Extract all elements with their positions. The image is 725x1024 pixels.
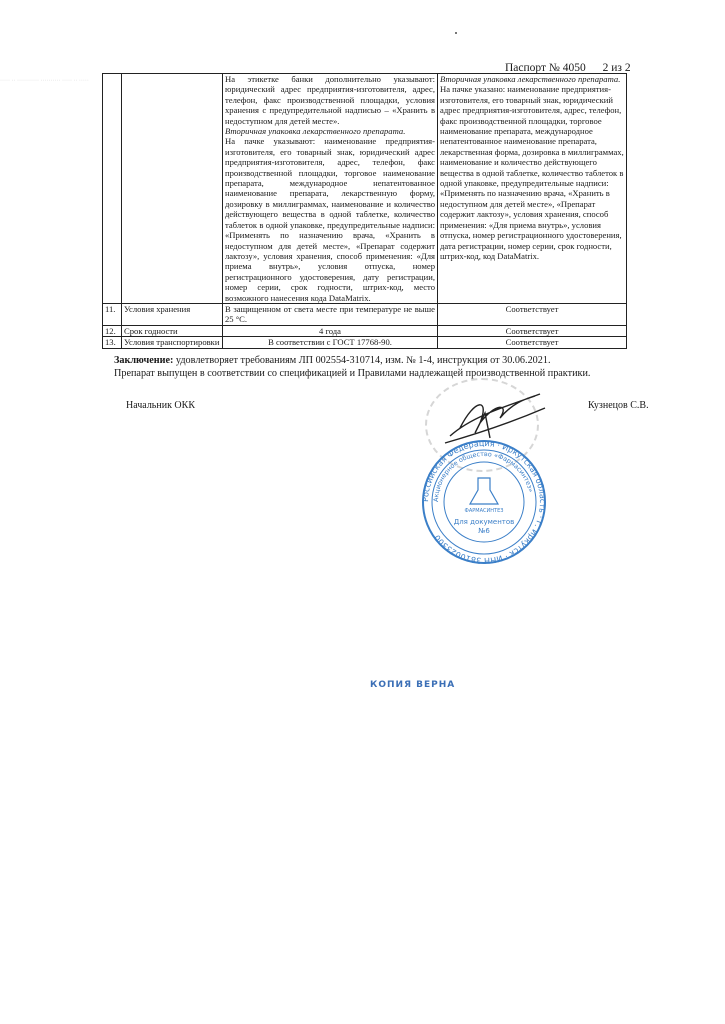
specification-table: На этикетке банки дополнительно указываю… — [102, 73, 627, 349]
company-seal: Российская Федерация · Иркутская область… — [420, 438, 548, 566]
parameter-name: Условия хранения — [122, 303, 223, 325]
requirement-value: В защищенном от света месте при температ… — [223, 303, 438, 325]
parameter-name: Срок годности — [122, 325, 223, 336]
svg-text:Для документов: Для документов — [454, 518, 515, 526]
parameter-cell — [122, 74, 223, 304]
secondary-packaging-text: На пачке указывают: наименование предпри… — [225, 136, 435, 302]
requirement-value: В соответствии с ГОСТ 17768-90. — [223, 337, 438, 348]
table-row-continued: На этикетке банки дополнительно указываю… — [103, 74, 627, 304]
signatory-name: Кузнецов С.В. — [588, 400, 649, 411]
conclusion-text: удовлетворяет требованиям ЛП 002554-3107… — [173, 355, 550, 366]
label-requirement-text: На этикетке банки дополнительно указываю… — [225, 74, 435, 126]
scan-speck — [455, 32, 457, 34]
certified-copy-stamp: КОПИЯ ВЕРНА — [370, 680, 455, 690]
svg-text:ФАРМАСИНТЕЗ: ФАРМАСИНТЕЗ — [465, 508, 504, 514]
result-value: Соответствует — [438, 303, 627, 325]
conclusion-label: Заключение: — [114, 355, 173, 366]
result-value: Соответствует — [438, 325, 627, 336]
row-number-cell — [103, 74, 122, 304]
row-number: 12. — [103, 325, 122, 336]
secondary-packaging-heading: Вторичная упаковка лекарственного препар… — [225, 126, 435, 136]
requirement-cell: На этикетке банки дополнительно указываю… — [223, 74, 438, 304]
row-number: 11. — [103, 303, 122, 325]
requirement-value: 4 года — [223, 325, 438, 336]
result-heading: Вторичная упаковка лекарственного препар… — [440, 74, 624, 84]
table-row: 12. Срок годности 4 года Соответствует — [103, 325, 627, 336]
table-row: 13. Условия транспортировки В соответств… — [103, 337, 627, 348]
result-value: Соответствует — [438, 337, 627, 348]
release-statement: Препарат выпущен в соответствии со специ… — [114, 367, 590, 380]
row-number: 13. — [103, 337, 122, 348]
bleed-through-text: ····· ·· ··········· ·········· ····· ··… — [0, 78, 105, 100]
parameter-name: Условия транспортировки — [122, 337, 223, 348]
result-cell: Вторичная упаковка лекарственного препар… — [438, 74, 627, 304]
conclusion-line: Заключение: удовлетворяет требованиям ЛП… — [114, 354, 590, 367]
signatory-position: Начальник ОКК — [126, 400, 195, 411]
result-text: На пачке указано: наименование предприят… — [440, 84, 624, 261]
svg-text:№6: №6 — [478, 527, 490, 535]
conclusion-block: Заключение: удовлетворяет требованиям ЛП… — [114, 354, 590, 380]
table-row: 11. Условия хранения В защищенном от све… — [103, 303, 627, 325]
